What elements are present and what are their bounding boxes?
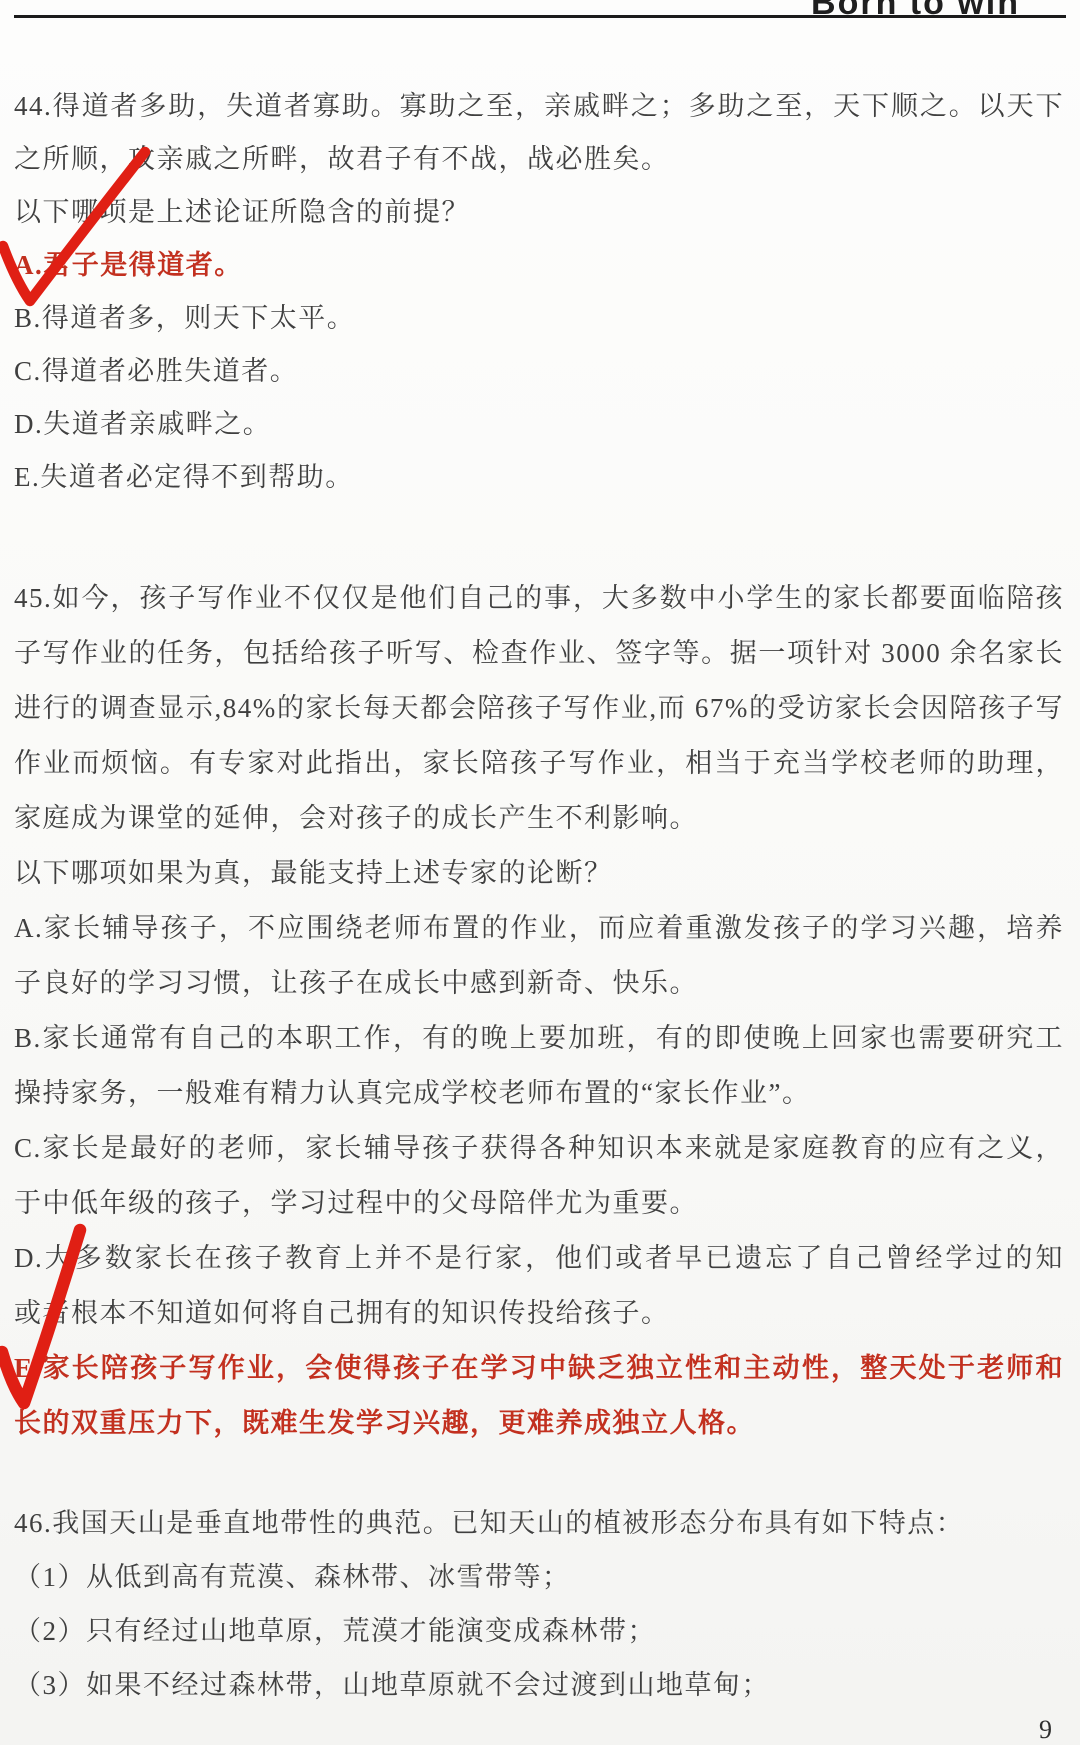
q44-stem-line1: 44.得道者多助，失道者寡助。寡助之至，亲戚畔之；多助之至，天下顺之。以天下 xyxy=(14,80,1064,133)
q44-stem-line2: 之所顺，攻亲戚之所畔，故君子有不战，战必胜矣。 xyxy=(14,133,1064,186)
question-44: 44.得道者多助，失道者寡助。寡助之至，亲戚畔之；多助之至，天下顺之。以天下 之… xyxy=(14,80,1064,504)
header-divider xyxy=(14,15,1066,18)
q45-prompt: 以下哪项如果为真，最能支持上述专家的论断？ xyxy=(14,846,1064,901)
q45-option-E-line2: 长的双重压力下，既难生发学习兴趣，更难养成独立人格。 xyxy=(14,1396,1064,1451)
q44-prompt: 以下哪项是上述论证所隐含的前提？ xyxy=(14,186,1064,239)
q45-option-A-line2: 子良好的学习习惯，让孩子在成长中感到新奇、快乐。 xyxy=(14,956,1064,1011)
q45-option-C-line1: C.家长是最好的老师，家长辅导孩子获得各种知识本来就是家庭教育的应有之义，对 xyxy=(14,1121,1064,1176)
q44-option-D: D.失道者亲戚畔之。 xyxy=(14,398,1064,451)
q45-stem-line5: 家庭成为课堂的延伸，会对孩子的成长产生不利影响。 xyxy=(14,791,1064,846)
q46-condition-2: （2）只有经过山地草原，荒漠才能演变成森林带； xyxy=(14,1604,1064,1658)
brand-logo-text: Born to win xyxy=(811,0,1020,15)
q46-condition-1: （1）从低到高有荒漠、森林带、冰雪带等； xyxy=(14,1550,1064,1604)
q44-option-A: A.君子是得道者。 xyxy=(14,239,1064,292)
q45-option-D-line2: 或者根本不知道如何将自己拥有的知识传投给孩子。 xyxy=(14,1286,1064,1341)
q44-option-B: B.得道者多，则天下太平。 xyxy=(14,292,1064,345)
q45-option-E-line1: E.家长陪孩子写作业，会使得孩子在学习中缺乏独立性和主动性，整天处于老师和家 xyxy=(14,1341,1064,1396)
page-number: 9 xyxy=(1039,1715,1052,1745)
q45-stem-line4: 作业而烦恼。有专家对此指出，家长陪孩子写作业，相当于充当学校老师的助理，让 xyxy=(14,736,1064,791)
question-45: 45.如今，孩子写作业不仅仅是他们自己的事，大多数中小学生的家长都要面临陪孩 子… xyxy=(14,571,1064,1451)
q45-option-B-line2: 操持家务，一般难有精力认真完成学校老师布置的“家长作业”。 xyxy=(14,1066,1064,1121)
q44-option-C: C.得道者必胜失道者。 xyxy=(14,345,1064,398)
q45-stem-line2: 子写作业的任务，包括给孩子听写、检查作业、签字等。据一项针对 3000 余名家长 xyxy=(14,626,1064,681)
q45-option-D-line1: D.大多数家长在孩子教育上并不是行家，他们或者早已遗忘了自己曾经学过的知只， xyxy=(14,1231,1064,1286)
q45-option-C-line2: 于中低年级的孩子，学习过程中的父母陪伴尤为重要。 xyxy=(14,1176,1064,1231)
q46-stem: 46.我国天山是垂直地带性的典范。已知天山的植被形态分布具有如下特点： xyxy=(14,1496,1064,1550)
q45-stem-line1: 45.如今，孩子写作业不仅仅是他们自己的事，大多数中小学生的家长都要面临陪孩 xyxy=(14,571,1064,626)
question-46: 46.我国天山是垂直地带性的典范。已知天山的植被形态分布具有如下特点： （1）从… xyxy=(14,1496,1064,1712)
page-header: Born to win xyxy=(0,0,1080,15)
q45-option-A-line1: A.家长辅导孩子，不应围绕老师布置的作业，而应着重激发孩子的学习兴趣，培养孩 xyxy=(14,901,1064,956)
q45-option-B-line1: B.家长通常有自己的本职工作，有的晚上要加班，有的即使晚上回家也需要研究工作、 xyxy=(14,1011,1064,1066)
q44-option-E: E.失道者必定得不到帮助。 xyxy=(14,451,1064,504)
q45-stem-line3: 进行的调查显示,84%的家长每天都会陪孩子写作业,而 67%的受访家长会因陪孩子… xyxy=(14,681,1064,736)
page-content: 44.得道者多助，失道者寡助。寡助之至，亲戚畔之；多助之至，天下顺之。以天下 之… xyxy=(14,80,1064,1712)
q46-condition-3: （3）如果不经过森林带，山地草原就不会过渡到山地草甸； xyxy=(14,1658,1064,1712)
